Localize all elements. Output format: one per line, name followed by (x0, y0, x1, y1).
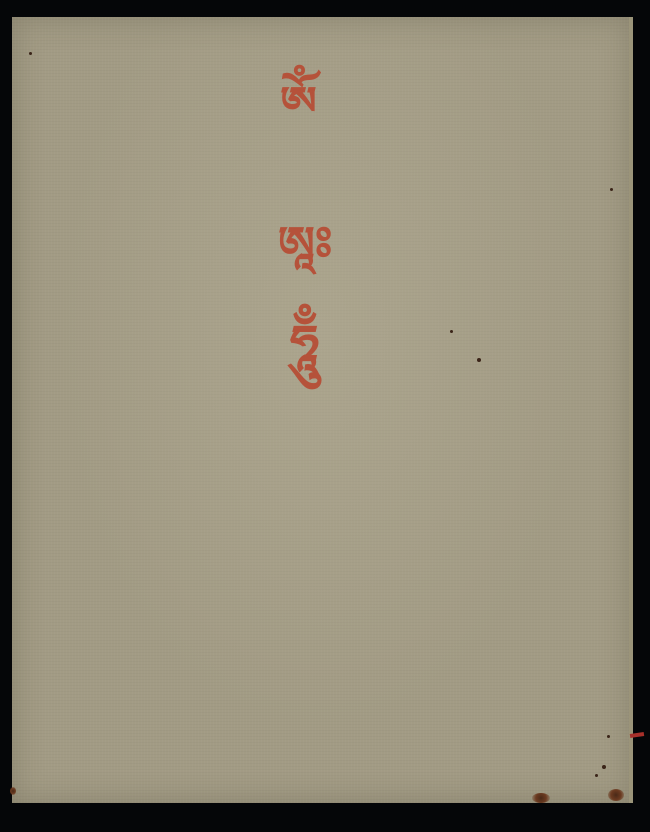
stain-spot (602, 765, 606, 769)
stain-bottom (532, 793, 550, 803)
stain-spot (610, 188, 613, 191)
syllable-hum: ཧཱུྃ (290, 287, 319, 433)
stain-spot (477, 358, 481, 362)
stain-spot (607, 735, 610, 738)
canvas-cloth: ༀ ཨཱཿ ཧཱུྃ (12, 17, 631, 803)
stain-spot (29, 52, 32, 55)
stain-spot (595, 774, 598, 777)
red-cloth-fragment (630, 732, 644, 738)
stain-spot (450, 330, 453, 333)
canvas-frayed-edge (629, 17, 633, 803)
stain-left-corner (10, 787, 16, 795)
stain-corner (608, 789, 624, 801)
syllable-om: ༀ (280, 53, 317, 182)
